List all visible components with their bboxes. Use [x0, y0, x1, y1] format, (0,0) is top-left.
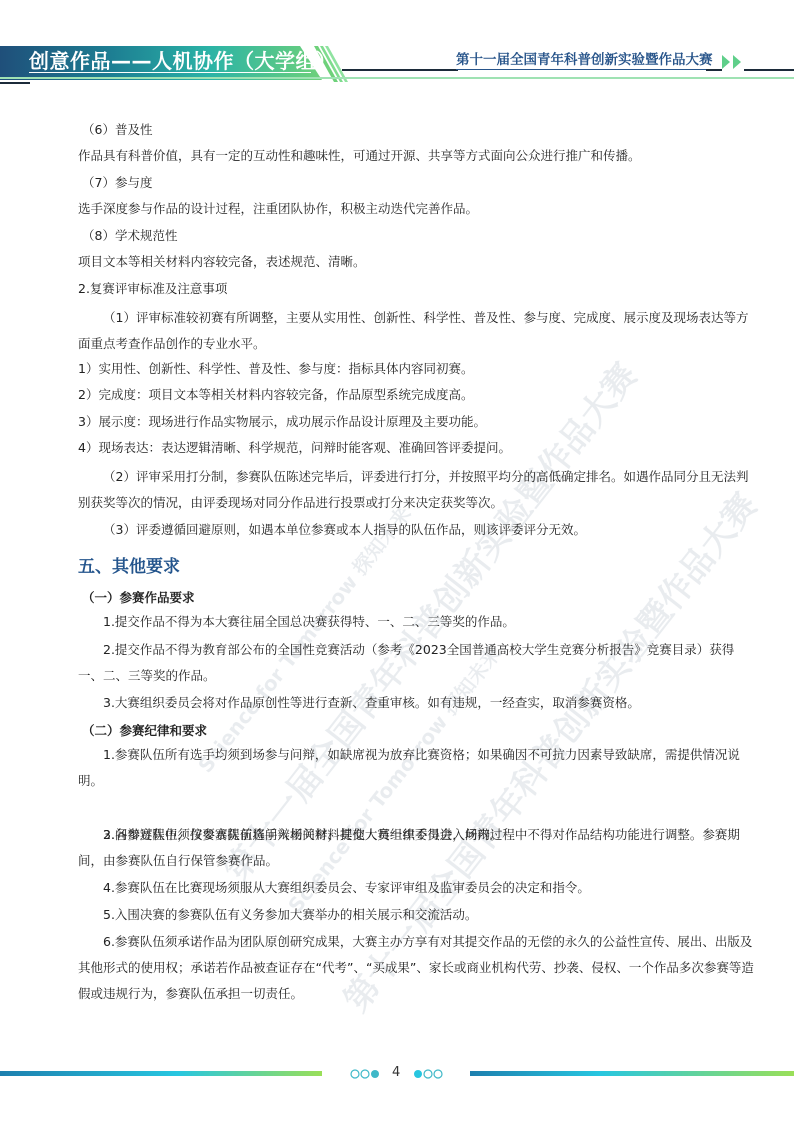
final-review-subitem: 3）展示度：现场进行作品实物展示，成功展示作品设计原理及主要功能。	[78, 414, 486, 430]
page-number: 4	[392, 1065, 400, 1080]
final-review-subitem: 4）现场表达：表达逻辑清晰、科学规范，问辩时能客观、准确回答评委提问。	[78, 440, 511, 456]
double-arrow-icon	[722, 55, 744, 69]
section-5-sub-1-item: 3.大赛组织委员会将对作品原创性等进行查新、查重审核。如有违规，一经查实，取消参…	[78, 690, 756, 716]
section-5-sub-2-heading: （二）参赛纪律和要求	[82, 721, 207, 739]
footer-dots-right-icon	[413, 1068, 445, 1080]
criteria-8-body: 项目文本等相关材料内容较完备，表述规范、清晰。	[78, 254, 366, 270]
header-left-rule	[0, 82, 30, 84]
section-5-sub-2-item: 3.各参赛队伍须按要求提前将问辩相关材料提交大赛组织委员会，问辩过程中不得对作品…	[78, 822, 756, 874]
header-title-underline	[29, 72, 311, 73]
section-5-sub-1-item: 2.提交作品不得为教育部公布的全国性竞赛活动（参考《2023全国普通高校大学生竞…	[78, 637, 756, 689]
header-mid-rule	[342, 69, 458, 71]
section-5-sub-2-item: 4.参赛队伍在比赛现场须服从大赛组织委员会、专家评审组及监审委员会的决定和指令。	[78, 875, 756, 901]
final-review-subitem: 1）实用性、创新性、科学性、普及性、参与度：指标具体内容同初赛。	[78, 361, 473, 377]
criteria-8-title: （8）学术规范性	[82, 228, 177, 244]
final-review-item-3: （3）评委遵循回避原则，如遇本单位参赛或本人指导的队伍作品，则该评委评分无效。	[78, 517, 756, 543]
header-after-rule	[706, 69, 722, 71]
footer-gradient-bar-right	[470, 1071, 794, 1076]
criteria-7-title: （7）参与度	[82, 175, 152, 191]
section-5-sub-2-item: 6.参赛队伍须承诺作品为团队原创研究成果，大赛主办方享有对其提交作品的无偿的永久…	[78, 929, 756, 1007]
header-green-rule-left	[0, 77, 322, 79]
footer-gradient-bar-left	[0, 1071, 322, 1076]
footer-dots-left-icon	[350, 1068, 382, 1080]
header-right-title: 第十一届全国青年科普创新实验暨作品大赛	[456, 51, 713, 70]
section-5-sub-2-item: 5.入围决赛的参赛队伍有义务参加大赛举办的相关展示和交流活动。	[78, 902, 756, 928]
section-5-heading: 五、其他要求	[78, 552, 180, 577]
section-5-sub-2-item: 1.参赛队伍所有选手均须到场参与问辩，如缺席视为放弃比赛资格；如果确因不可抗力因…	[78, 742, 756, 794]
section-5-sub-1-item: 1.提交作品不得为本大赛往届全国总决赛获得特、一、二、三等奖的作品。	[78, 609, 756, 635]
criteria-6-title: （6）普及性	[82, 122, 152, 138]
section-5-sub-1-heading: （一）参赛作品要求	[82, 588, 195, 606]
criteria-6-body: 作品具有科普价值，具有一定的互动性和趣味性，可通过开源、共享等方式面向公众进行推…	[78, 148, 641, 164]
final-review-subitem: 2）完成度：项目文本等相关材料内容较完备，作品原型系统完成度高。	[78, 387, 473, 403]
final-review-item-1: （1）评审标准较初赛有所调整，主要从实用性、创新性、科学性、普及性、参与度、完成…	[78, 305, 756, 357]
header-green-rule	[322, 77, 794, 79]
final-review-heading: 2.复赛评审标准及注意事项	[78, 281, 227, 297]
final-review-item-2: （2）评审采用打分制，参赛队伍陈述完毕后，评委进行打分，并按照平均分的高低确定排…	[78, 464, 756, 516]
header-end-rule	[744, 69, 794, 71]
criteria-7-body: 选手深度参与作品的设计过程，注重团队协作，积极主动迭代完善作品。	[78, 201, 478, 217]
